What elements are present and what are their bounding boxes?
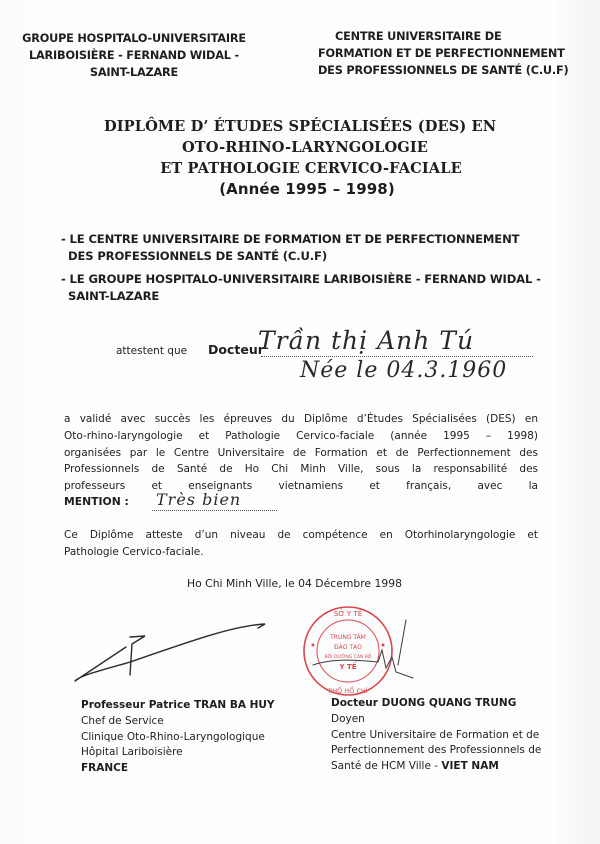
party-line: SAINT-LAZARE: [61, 288, 561, 305]
signature-right: [308, 610, 418, 690]
mention-label: MENTION :: [64, 495, 129, 508]
body-line: Professionnels de Santé de Ho Chi Minh V…: [64, 461, 538, 478]
conclusion-line: Pathologie Cervico-faciale.: [64, 546, 204, 558]
signer-right-country: VIET NAM: [441, 760, 498, 772]
header-right-line: CENTRE UNIVERSITAIRE DE: [318, 28, 590, 45]
header-left-line: SAINT-LAZARE: [14, 64, 254, 81]
handwritten-name: Trần thị Anh Tú: [258, 326, 474, 355]
party-line: DES PROFESSIONNELS DE SANTÉ (C.U.F): [61, 248, 561, 265]
signer-right-line: Santé de HCM Ville -: [331, 760, 441, 772]
header-right-institution: CENTRE UNIVERSITAIRE DE FORMATION ET DE …: [318, 28, 590, 79]
party-line: - LE CENTRE UNIVERSITAIRE DE FORMATION E…: [61, 231, 561, 248]
mention-dotted-line: [152, 510, 277, 511]
header-left-line: GROUPE HOSPITALO-UNIVERSITAIRE: [14, 30, 254, 47]
place-and-date: Ho Chi Minh Ville, le 04 Décembre 1998: [187, 577, 402, 590]
handwritten-mention: Très bien: [156, 490, 241, 509]
signer-right-last-line: Santé de HCM Ville - VIET NAM: [331, 759, 541, 775]
signer-right-line: Perfectionnement des Professionnels de: [331, 743, 541, 759]
signer-left-line: Chef de Service: [81, 714, 275, 730]
signer-right-line: Centre Universitaire de Formation et de: [331, 728, 541, 744]
title-line: DIPLÔME D’ ÉTUDES SPÉCIALISÉES (DES) EN: [104, 116, 550, 137]
diploma-body: a validé avec succès les épreuves du Dip…: [64, 411, 538, 495]
party-hospital: - LE GROUPE HOSPITALO-UNIVERSITAIRE LARI…: [61, 271, 561, 304]
signer-right-line: Doyen: [331, 712, 541, 728]
header-right-line: FORMATION ET DE PERFECTIONNEMENT: [318, 45, 590, 62]
title-line: ET PATHOLOGIE CERVICO-FACIALE: [60, 158, 550, 179]
party-line: - LE GROUPE HOSPITALO-UNIVERSITAIRE LARI…: [61, 271, 561, 288]
docteur-label: Docteur: [208, 342, 264, 357]
header-left-line: LARIBOISIÈRE - FERNAND WIDAL -: [14, 47, 254, 64]
header-right-line: DES PROFESSIONNELS DE SANTÉ (C.U.F): [318, 62, 590, 79]
header-left-institution: GROUPE HOSPITALO-UNIVERSITAIRE LARIBOISI…: [14, 30, 254, 81]
diploma-title: DIPLÔME D’ ÉTUDES SPÉCIALISÉES (DES) EN …: [60, 116, 550, 200]
signer-right-block: Docteur DUONG QUANG TRUNG Doyen Centre U…: [331, 696, 541, 775]
diploma-conclusion: Ce Diplôme atteste d’un niveau de compét…: [64, 527, 538, 561]
signer-left-line: Clinique Oto-Rhino-Laryngologique: [81, 730, 275, 746]
signer-right-name: Docteur DUONG QUANG TRUNG: [331, 696, 541, 712]
signer-left-country: FRANCE: [81, 761, 275, 777]
signer-left-block: Professeur Patrice TRAN BA HUY Chef de S…: [81, 698, 275, 777]
signer-left-line: Hôpital Lariboisière: [81, 745, 275, 761]
title-line: OTO-RHINO-LARYNGOLOGIE: [60, 137, 550, 158]
body-line: organisées par le Centre Universitaire d…: [64, 445, 538, 462]
party-cuf: - LE CENTRE UNIVERSITAIRE DE FORMATION E…: [61, 231, 561, 264]
handwritten-birthdate: Née le 04.3.1960: [300, 358, 507, 383]
body-line: professeurs et enseignants vietnamiens e…: [64, 478, 538, 495]
body-line: Oto-rhino-laryngologie et Pathologie Cer…: [64, 428, 538, 445]
conclusion-line: Ce Diplôme atteste d’un niveau de compét…: [64, 527, 538, 544]
attest-label: attestent que: [116, 345, 187, 357]
diploma-page: GROUPE HOSPITALO-UNIVERSITAIRE LARIBOISI…: [0, 0, 600, 844]
signature-left: [70, 620, 270, 685]
title-years: (Année 1995 – 1998): [60, 179, 550, 200]
signer-left-name: Professeur Patrice TRAN BA HUY: [81, 698, 275, 714]
issuing-parties: - LE CENTRE UNIVERSITAIRE DE FORMATION E…: [61, 231, 561, 311]
name-dotted-line: [261, 356, 533, 357]
body-line: a validé avec succès les épreuves du Dip…: [64, 411, 538, 428]
